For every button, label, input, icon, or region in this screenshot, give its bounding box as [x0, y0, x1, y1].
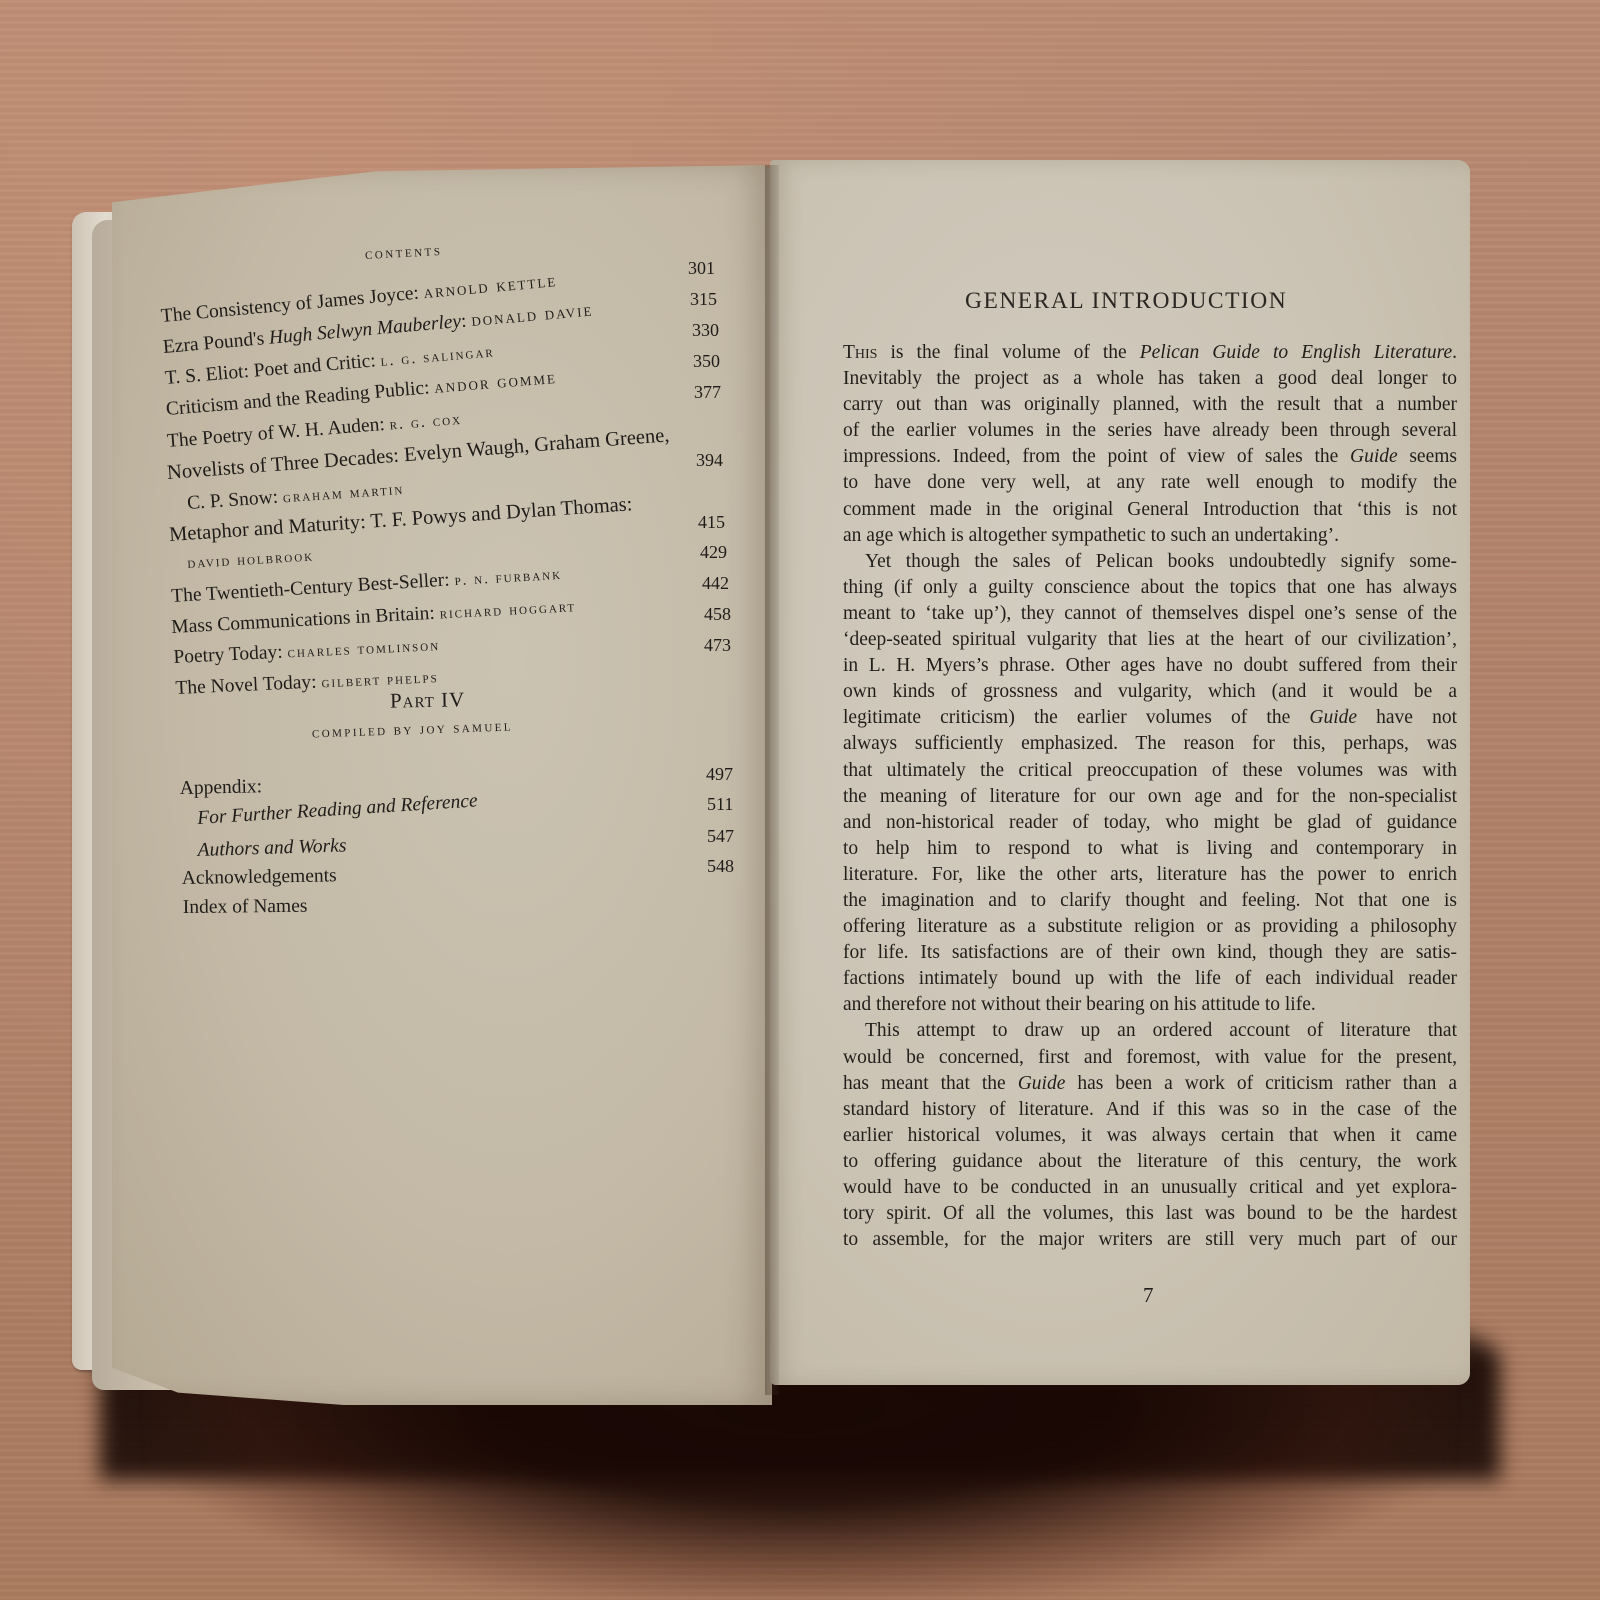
text-run: Inevitably the project as a whole has ta… — [843, 368, 1457, 389]
text-line: This is the final volume of the Pelican … — [843, 340, 1457, 366]
text-run: to help him to respond to what is living… — [843, 838, 1457, 859]
introduction-body: This is the final volume of the Pelican … — [843, 340, 1457, 1253]
text-run: the meaning of literature for our own ag… — [843, 786, 1457, 807]
paragraph: Yet though the sales of Pelican books un… — [843, 549, 1457, 1019]
text-run: always sufficiently emphasized. The reas… — [843, 733, 1457, 754]
lead-word: This — [843, 342, 877, 363]
italic-title: Pelican Guide to English Literature — [1140, 342, 1452, 363]
text-run: would be concerned, first and foremost, … — [843, 1047, 1457, 1068]
toc-page-number: 377 — [694, 382, 721, 403]
text-run: seems — [1398, 446, 1457, 467]
text-run: carry out than was originally planned, w… — [843, 394, 1457, 415]
text-run: an age which is altogether sympathetic t… — [843, 525, 1339, 546]
text-line: offering literature as a substitute reli… — [843, 914, 1457, 940]
chapter-heading: GENERAL INTRODUCTION — [965, 288, 1287, 315]
text-line: thing (if only a guilty conscience about… — [843, 575, 1457, 601]
text-line: standard history of literature. And if t… — [843, 1097, 1457, 1123]
text-line: literature. For, like the other arts, li… — [843, 862, 1457, 888]
text-run: own kinds of grossness and vulgarity, wh… — [843, 681, 1457, 702]
page-number: 7 — [1143, 1283, 1154, 1308]
text-run: has been a work of criticism rather than… — [1065, 1073, 1457, 1094]
italic-title: Guide — [1309, 707, 1357, 728]
text-run: literature. For, like the other arts, li… — [843, 864, 1457, 885]
text-line: to have done very well, at any rate well… — [843, 470, 1457, 496]
text-line: This attempt to draw up an ordered accou… — [843, 1018, 1457, 1044]
text-run: This attempt to draw up an ordered accou… — [865, 1020, 1457, 1041]
text-run: for life. Its satisfactions are of their… — [843, 942, 1457, 963]
toc-page-number: 350 — [693, 351, 720, 372]
text-line: and non-historical reader of today, who … — [843, 810, 1457, 836]
italic-title: Guide — [1350, 446, 1398, 467]
text-line: always sufficiently emphasized. The reas… — [843, 731, 1457, 757]
text-line: carry out than was originally planned, w… — [843, 392, 1457, 418]
text-line: and therefore not without their bearing … — [843, 992, 1457, 1018]
text-line: to offering guidance about the literatur… — [843, 1149, 1457, 1175]
text-run: of the earlier volumes in the series hav… — [843, 420, 1457, 441]
text-line: in L. H. Myers’s phrase. Other ages have… — [843, 653, 1457, 679]
text-run: thing (if only a guilty conscience about… — [843, 577, 1457, 598]
text-line: Yet though the sales of Pelican books un… — [843, 549, 1457, 575]
text-line: the imagination and to clarify thought a… — [843, 888, 1457, 914]
text-line: tory spirit. Of all the volumes, this la… — [843, 1201, 1457, 1227]
part-heading: Part IV — [390, 687, 466, 713]
paragraph: This is the final volume of the Pelican … — [843, 340, 1457, 549]
appendix-entry: Appendix: — [180, 776, 263, 800]
text-line: an age which is altogether sympathetic t… — [843, 523, 1457, 549]
text-line: to help him to respond to what is living… — [843, 836, 1457, 862]
text-line: of the earlier volumes in the series hav… — [843, 418, 1457, 444]
text-line: comment made in the original General Int… — [843, 497, 1457, 523]
text-run: have not — [1357, 707, 1457, 728]
toc-page-number: 497 — [706, 764, 733, 785]
text-run: in L. H. Myers’s phrase. Other ages have… — [843, 655, 1457, 676]
appendix-entry: Index of Names — [183, 896, 308, 919]
text-line: meant to ‘take up’), they cannot of them… — [843, 601, 1457, 627]
text-run: offering literature as a substitute reli… — [843, 916, 1457, 937]
toc-page-number: 511 — [707, 794, 733, 815]
text-line: for life. Its satisfactions are of their… — [843, 940, 1457, 966]
text-run: comment made in the original General Int… — [843, 499, 1457, 520]
toc-page-number: 458 — [704, 604, 731, 625]
text-line: factions intimately bound up with the li… — [843, 966, 1457, 992]
text-line: ‘deep-seated spiritual vulgarity that li… — [843, 627, 1457, 653]
appendix-entry: Authors and Works — [197, 835, 346, 862]
text-run: is the final volume of the — [877, 342, 1139, 363]
paragraph: This attempt to draw up an ordered accou… — [843, 1018, 1457, 1253]
toc-page-number: 429 — [700, 542, 727, 563]
text-line: would be concerned, first and foremost, … — [843, 1045, 1457, 1071]
text-run: has meant that the — [843, 1073, 1018, 1094]
text-run: that ultimately the critical preoccupati… — [843, 760, 1457, 781]
text-line: that ultimately the critical preoccupati… — [843, 758, 1457, 784]
text-line: earlier historical volumes, it was alway… — [843, 1123, 1457, 1149]
toc-page-number: 394 — [696, 450, 723, 471]
toc-page-number: 330 — [692, 320, 719, 341]
text-run: meant to ‘take up’), they cannot of them… — [843, 603, 1457, 624]
text-run: to offering guidance about the literatur… — [843, 1151, 1457, 1172]
text-line: impressions. Indeed, from the point of v… — [843, 444, 1457, 470]
toc-page-number: 315 — [690, 289, 717, 310]
text-line: has meant that the Guide has been a work… — [843, 1071, 1457, 1097]
text-run: impressions. Indeed, from the point of v… — [843, 446, 1350, 467]
text-run: the imagination and to clarify thought a… — [843, 890, 1457, 911]
text-run: and non-historical reader of today, who … — [843, 812, 1457, 833]
toc-page-number: 301 — [688, 258, 715, 279]
toc-entry-author: R. G. Cox — [389, 411, 463, 434]
text-line: would have to be conducted in an unusual… — [843, 1175, 1457, 1201]
text-run: . — [1452, 342, 1457, 363]
text-run: Yet though the sales of Pelican books un… — [865, 551, 1457, 572]
toc-page-number: 415 — [698, 512, 725, 533]
text-run: tory spirit. Of all the volumes, this la… — [843, 1203, 1457, 1224]
text-run: and therefore not without their bearing … — [843, 994, 1316, 1015]
text-line: to assemble, for the major writers are s… — [843, 1227, 1457, 1253]
toc-page-number: 548 — [707, 856, 734, 877]
text-run: legitimate criticism) the earlier volume… — [843, 707, 1309, 728]
text-run: standard history of literature. And if t… — [843, 1099, 1457, 1120]
text-run: would have to be conducted in an unusual… — [843, 1177, 1457, 1198]
toc-page-number: 442 — [702, 573, 729, 594]
text-run: factions intimately bound up with the li… — [843, 968, 1457, 989]
text-run: ‘deep-seated spiritual vulgarity that li… — [843, 629, 1457, 650]
text-line: the meaning of literature for our own ag… — [843, 784, 1457, 810]
book-gutter — [765, 165, 779, 1395]
text-run: to have done very well, at any rate well… — [843, 472, 1457, 493]
italic-title: Guide — [1018, 1073, 1066, 1094]
text-run: earlier historical volumes, it was alway… — [843, 1125, 1457, 1146]
text-line: Inevitably the project as a whole has ta… — [843, 366, 1457, 392]
text-line: legitimate criticism) the earlier volume… — [843, 705, 1457, 731]
text-line: own kinds of grossness and vulgarity, wh… — [843, 679, 1457, 705]
text-run: to assemble, for the major writers are s… — [843, 1229, 1457, 1250]
toc-page-number: 547 — [707, 826, 734, 847]
appendix-entry: Acknowledgements — [182, 865, 337, 890]
toc-entry-title: Poetry Today: — [173, 641, 288, 668]
toc-page-number: 473 — [704, 635, 731, 656]
